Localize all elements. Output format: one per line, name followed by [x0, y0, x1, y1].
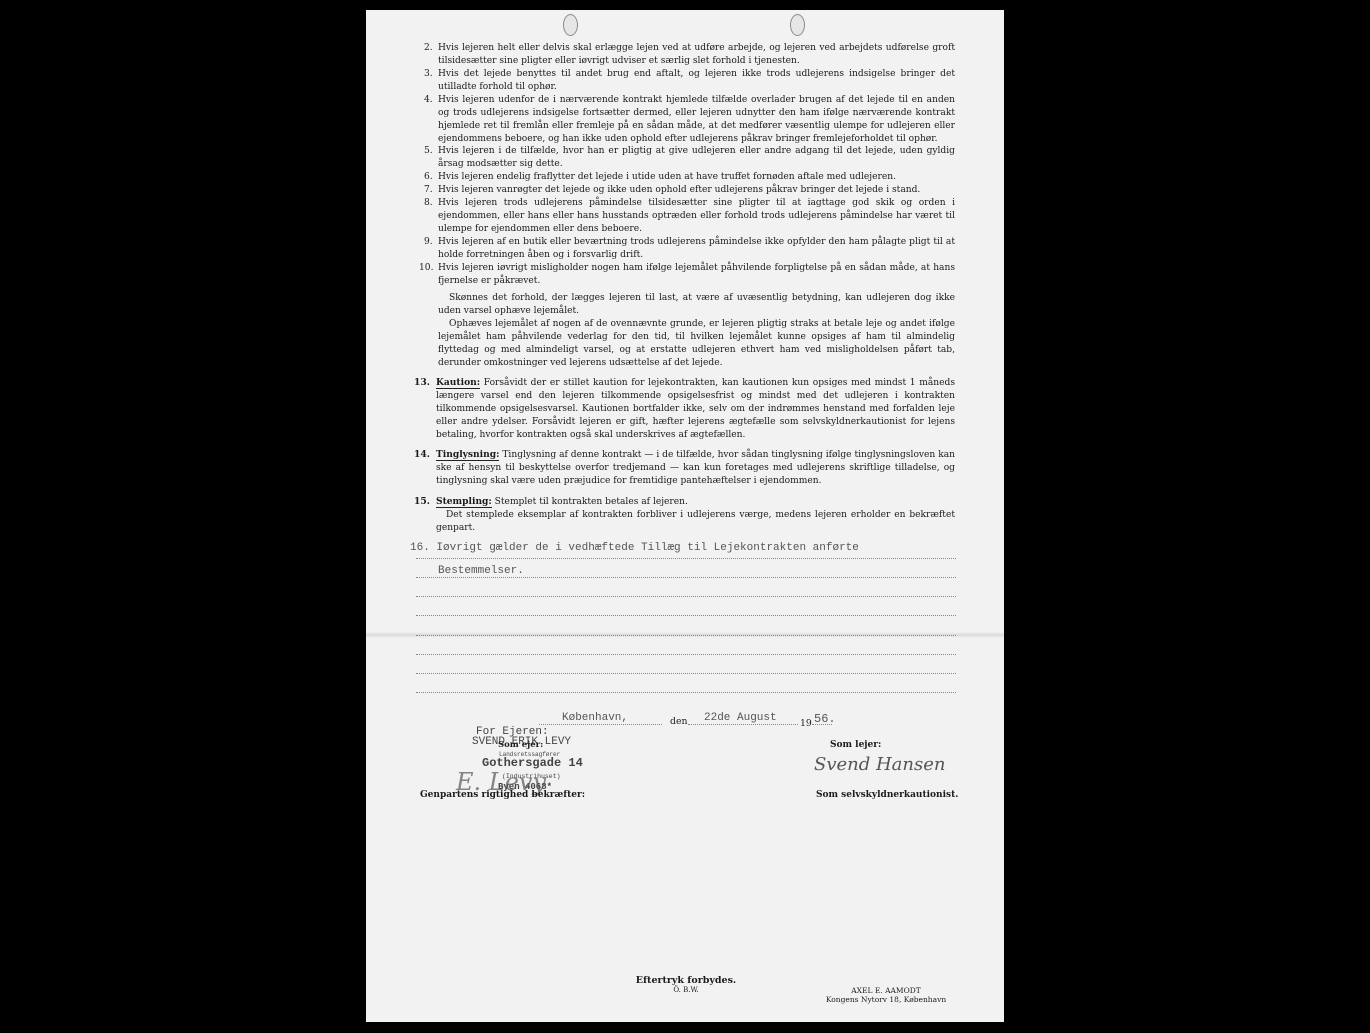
- den-label: den: [670, 716, 687, 727]
- list-item: 8. Hvis lejeren trods udlejerens påminde…: [438, 197, 955, 236]
- punch-hole: [563, 14, 578, 36]
- section-title: Kaution:: [436, 377, 480, 389]
- signing-date: 22de August: [704, 712, 777, 724]
- section-title: Tinglysning:: [436, 449, 499, 461]
- som-lejer-label: Som lejer:: [830, 740, 881, 750]
- paragraph: Ophæves lejemålet af nogen af de ovennæv…: [438, 318, 955, 370]
- section-16-line-2: Bestemmelser.: [438, 565, 524, 577]
- year-prefix: 19: [800, 718, 812, 729]
- section-tinglysning: 14. Tinglysning: Tinglysning af denne ko…: [414, 449, 955, 488]
- guarantor-label: Som selvskyldnerkautionist.: [816, 790, 958, 800]
- list-item: 7. Hvis lejeren vanrøgter det lejede og …: [438, 184, 955, 197]
- document-page: 2. Hvis lejeren helt eller delvis skal e…: [366, 10, 1004, 1022]
- list-item: 2. Hvis lejeren helt eller delvis skal e…: [438, 42, 955, 68]
- publisher-address: Kongens Nytorv 18, København: [806, 995, 966, 1004]
- punch-hole: [790, 14, 805, 36]
- section-kaution: 13. Kaution: Forsåvidt der er stillet ka…: [414, 377, 955, 442]
- list-item: 9. Hvis lejeren af en butik eller bevært…: [438, 236, 955, 262]
- section-16-line-1: 16. Iøvrigt gælder de i vedhæftede Tillæ…: [410, 542, 859, 554]
- copy-confirm-label: Genpartens rigtighed bekræfter:: [420, 790, 585, 800]
- list-item: 4. Hvis lejeren udenfor de i nærværende …: [438, 94, 955, 146]
- list-item: 6. Hvis lejeren endelig fraflytter det l…: [438, 171, 955, 184]
- paragraph: Skønnes det forhold, der lægges lejeren …: [438, 292, 955, 318]
- reprint-notice: Eftertryk forbydes.: [616, 975, 756, 986]
- list-item: 3. Hvis det lejede benyttes til andet br…: [438, 68, 955, 94]
- som-ejer-label: Som ejer:: [498, 740, 543, 750]
- publisher-name: AXEL E. AAMODT: [806, 986, 966, 995]
- signing-city: København,: [562, 712, 628, 724]
- section-stempling: 15. Stempling: Stemplet til kontrakten b…: [414, 496, 955, 535]
- section-title: Stempling:: [436, 496, 492, 508]
- reprint-code: Ö. B.W.: [616, 986, 756, 994]
- tenant-signature: Svend Hansen: [814, 754, 946, 775]
- list-item: 5. Hvis lejeren i de tilfælde, hvor han …: [438, 145, 955, 171]
- list-item: 10. Hvis lejeren iøvrigt misligholder no…: [438, 262, 955, 288]
